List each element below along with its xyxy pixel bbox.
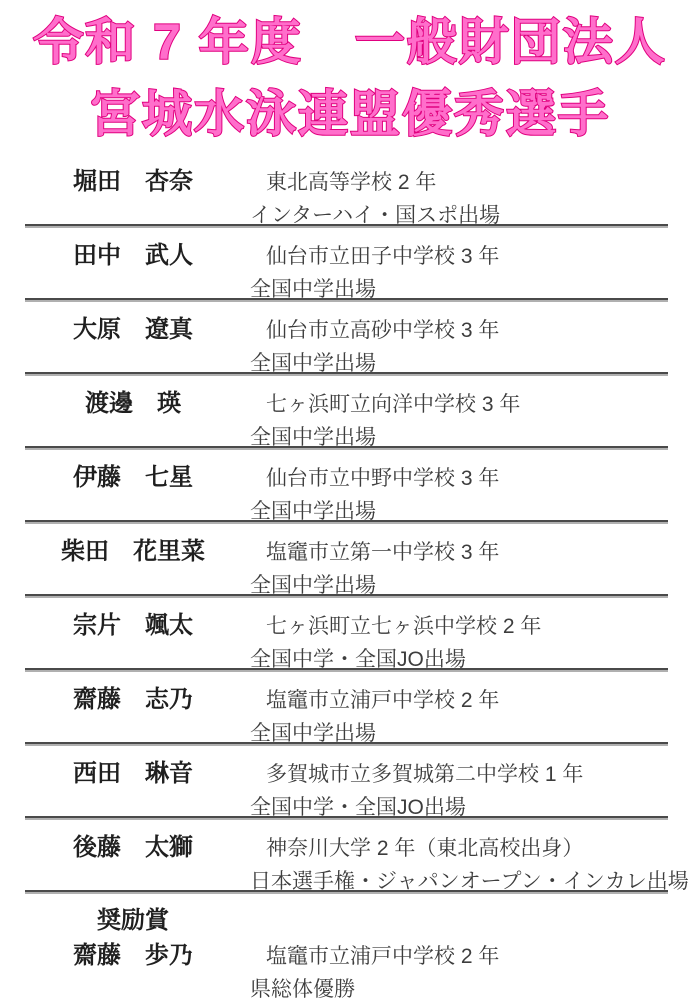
athlete-entry: 齋藤 志乃 塩竈市立浦戸中学校 2 年 全国中学出場 xyxy=(0,672,700,742)
athlete-name: 堀田 杏奈 xyxy=(28,161,238,196)
award-section-heading: 奨励賞 xyxy=(28,900,238,935)
title-line-2: 宮城水泳連盟優秀選手 xyxy=(0,84,700,144)
athlete-name: 田中 武人 xyxy=(28,235,238,270)
athlete-name: 齋藤 歩乃 xyxy=(28,935,238,970)
entry-main-row: 柴田 花里菜 塩竈市立第一中学校 3 年 xyxy=(28,524,668,561)
athlete-name: 後藤 太獅 xyxy=(28,827,238,862)
entry-main-row: 伊藤 七星 仙台市立中野中学校 3 年 xyxy=(28,450,668,487)
athlete-school: 七ヶ浜町立七ヶ浜中学校 2 年 xyxy=(266,610,541,640)
athlete-school: 七ヶ浜町立向洋中学校 3 年 xyxy=(266,388,520,418)
award-section-row: 奨励賞 xyxy=(28,894,668,928)
athlete-entry: 後藤 太獅 神奈川大学 2 年（東北高校出身） 日本選手権・ジャパンオープン・イ… xyxy=(0,820,700,890)
title-line-1: 令和 7 年度 一般財団法人 xyxy=(0,12,700,72)
athlete-school: 神奈川大学 2 年（東北高校出身） xyxy=(266,832,583,862)
athlete-name: 西田 琳音 xyxy=(28,753,238,788)
document-title: 令和 7 年度 一般財団法人 宮城水泳連盟優秀選手 xyxy=(0,0,700,144)
athlete-entry: 田中 武人 仙台市立田子中学校 3 年 全国中学出場 xyxy=(0,228,700,298)
athlete-school: 東北高等学校 2 年 xyxy=(266,166,436,196)
entry-main-row: 大原 遼真 仙台市立高砂中学校 3 年 xyxy=(28,302,668,339)
athlete-name: 齋藤 志乃 xyxy=(28,679,238,714)
athlete-entry-award: 奨励賞 齋藤 歩乃 塩竈市立浦戸中学校 2 年 県総体優勝 xyxy=(0,894,700,998)
athlete-name: 宗片 颯太 xyxy=(28,605,238,640)
athlete-name: 柴田 花里菜 xyxy=(28,531,238,566)
athlete-school: 仙台市立田子中学校 3 年 xyxy=(266,240,499,270)
athlete-school: 塩竈市立浦戸中学校 2 年 xyxy=(266,940,499,970)
athlete-school: 塩竈市立第一中学校 3 年 xyxy=(266,536,499,566)
athlete-entry: 渡邊 瑛 七ヶ浜町立向洋中学校 3 年 全国中学出場 xyxy=(0,376,700,446)
athlete-entry: 大原 遼真 仙台市立高砂中学校 3 年 全国中学出場 xyxy=(0,302,700,372)
athlete-list: 堀田 杏奈 東北高等学校 2 年 インターハイ・国スポ出場 田中 武人 仙台市立… xyxy=(0,154,700,998)
athlete-school: 塩竈市立浦戸中学校 2 年 xyxy=(266,684,499,714)
entry-main-row: 宗片 颯太 七ヶ浜町立七ヶ浜中学校 2 年 xyxy=(28,598,668,635)
athlete-entry: 柴田 花里菜 塩竈市立第一中学校 3 年 全国中学出場 xyxy=(0,524,700,594)
entry-main-row: 西田 琳音 多賀城市立多賀城第二中学校 1 年 xyxy=(28,746,668,783)
athlete-entry: 宗片 颯太 七ヶ浜町立七ヶ浜中学校 2 年 全国中学・全国JO出場 xyxy=(0,598,700,668)
athlete-school: 仙台市立中野中学校 3 年 xyxy=(266,462,499,492)
athlete-school: 多賀城市立多賀城第二中学校 1 年 xyxy=(266,758,583,788)
entry-main-row: 田中 武人 仙台市立田子中学校 3 年 xyxy=(28,228,668,265)
athlete-school: 仙台市立高砂中学校 3 年 xyxy=(266,314,499,344)
entry-main-row: 後藤 太獅 神奈川大学 2 年（東北高校出身） xyxy=(28,820,668,857)
athlete-name: 伊藤 七星 xyxy=(28,457,238,492)
document-page: 令和 7 年度 一般財団法人 宮城水泳連盟優秀選手 堀田 杏奈 東北高等学校 2… xyxy=(0,0,700,1000)
entry-main-row: 渡邊 瑛 七ヶ浜町立向洋中学校 3 年 xyxy=(28,376,668,413)
entry-main-row: 齋藤 志乃 塩竈市立浦戸中学校 2 年 xyxy=(28,672,668,709)
athlete-name: 渡邊 瑛 xyxy=(28,383,238,418)
athlete-entry: 伊藤 七星 仙台市立中野中学校 3 年 全国中学出場 xyxy=(0,450,700,520)
athlete-entry: 西田 琳音 多賀城市立多賀城第二中学校 1 年 全国中学・全国JO出場 xyxy=(0,746,700,816)
athlete-entry: 堀田 杏奈 東北高等学校 2 年 インターハイ・国スポ出場 xyxy=(0,154,700,224)
athlete-name: 大原 遼真 xyxy=(28,309,238,344)
entry-main-row: 堀田 杏奈 東北高等学校 2 年 xyxy=(28,154,668,191)
